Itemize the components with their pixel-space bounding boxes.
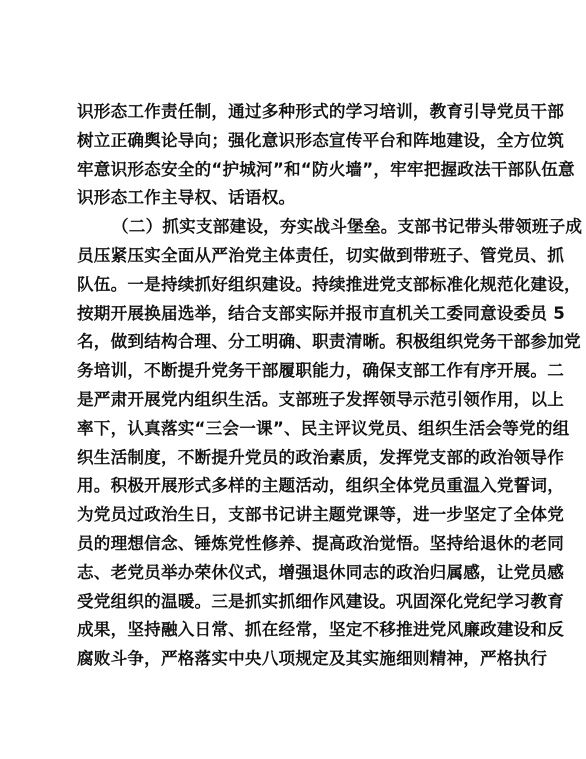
text-line: 受党组织的温暖。三是抓实抓细作风建设。巩固深化党纪学习教育 xyxy=(77,588,511,617)
section-heading-line: （二）抓实支部建设，夯实战斗堡垒。支部书记带头带领班子成 xyxy=(77,213,511,242)
text-line: 队伍。一是持续抓好组织建设。持续推进党支部标准化规范化建设， xyxy=(77,271,511,300)
text-line: 牢意识形态安全的“护城河”和“防火墙”，牢牢把握政法干部队伍意 xyxy=(77,156,511,185)
text-line: 织生活制度，不断提升党员的政治素质，发挥党支部的政治领导作 xyxy=(77,444,511,473)
text-line: 是严肃开展党内组织生活。支部班子发挥领导示范引领作用，以上 xyxy=(77,386,511,415)
text-line: 识形态工作责任制，通过多种形式的学习培训，教育引导党员干部 xyxy=(77,98,511,127)
document-page: 识形态工作责任制，通过多种形式的学习培训，教育引导党员干部 树立正确舆论导向；强… xyxy=(77,98,511,674)
text-line: 志、老党员举办荣休仪式，增强退休同志的政治归属感，让党员感 xyxy=(77,559,511,588)
text-line: 识形态工作主导权、话语权。 xyxy=(77,184,511,213)
text-line: 为党员过政治生日，支部书记讲主题党课等，进一步坚定了全体党 xyxy=(77,501,511,530)
text-line: 腐败斗争，严格落实中央八项规定及其实施细则精神，严格执行 xyxy=(77,645,511,674)
text-line: 率下，认真落实“三会一课”、民主评议党员、组织生活会等党的组 xyxy=(77,415,511,444)
text-line: 用。积极开展形式多样的主题活动，组织全体党员重温入党誓词， xyxy=(77,472,511,501)
text-line: 名，做到结构合理、分工明确、职责清晰。积极组织党务干部参加党 xyxy=(77,328,511,357)
text-line: 务培训，不断提升党务干部履职能力，确保支部工作有序开展。二 xyxy=(77,357,511,386)
text-line: 员压紧压实全面从严治党主体责任，切实做到带班子、管党员、抓 xyxy=(77,242,511,271)
text-line: 员的理想信念、锤炼党性修养、提高政治觉悟。坚持给退休的老同 xyxy=(77,530,511,559)
text-line: 成果，坚持融入日常、抓在经常，坚定不移推进党风廉政建设和反 xyxy=(77,616,511,645)
text-line: 按期开展换届选举，结合支部实际并报市直机关工委同意设委员 5 xyxy=(77,300,511,329)
text-line: 树立正确舆论导向；强化意识形态宣传平台和阵地建设，全方位筑 xyxy=(77,127,511,156)
